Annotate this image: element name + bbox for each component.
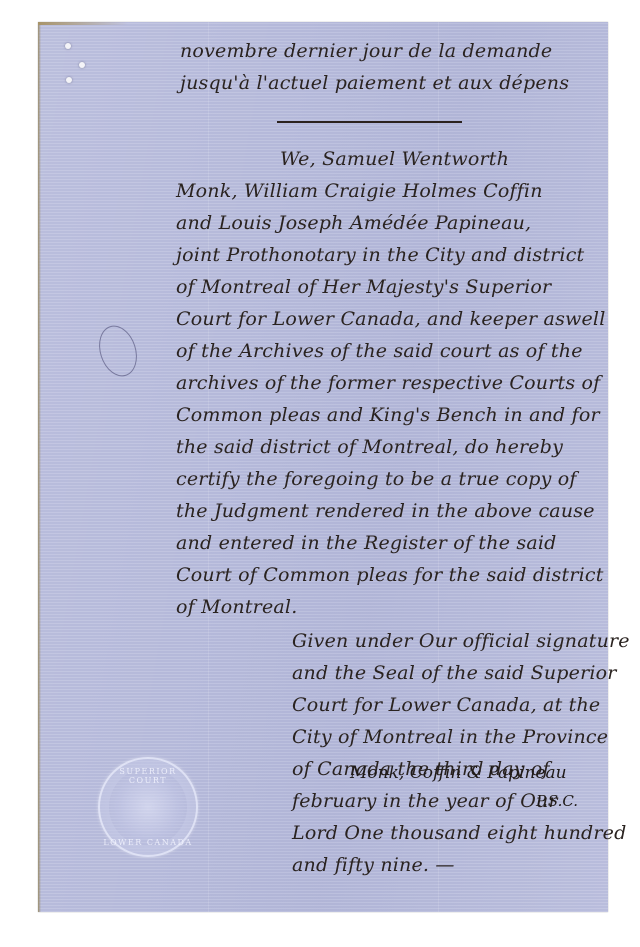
body-line: We, Samuel Wentworth — [280, 150, 509, 169]
header-line: jusqu'à l'actuel paiement et aux dépens — [180, 74, 569, 93]
pencil-mark — [93, 321, 143, 382]
body-line: Monk, William Craigie Holmes Coffin — [176, 182, 543, 201]
body-line: the Judgment rendered in the above cause — [176, 502, 595, 521]
body-line: of Montreal of Her Majesty's Superior — [176, 278, 551, 297]
body-line: archives of the former respective Courts… — [176, 374, 600, 393]
signature-names: Monk, Coffin & Papineau — [350, 763, 567, 783]
attestation-line: and fifty nine. — — [292, 856, 455, 875]
body-line: certify the foregoing to be a true copy … — [176, 470, 577, 489]
attestation-line: Given under Our official signature — [292, 632, 630, 651]
punch-hole — [65, 43, 71, 49]
paper-edge-top — [38, 22, 128, 25]
body-line: joint Prothonotary in the City and distr… — [176, 246, 584, 265]
punch-hole — [79, 62, 85, 68]
body-line: and Louis Joseph Amédée Papineau, — [176, 214, 531, 233]
body-line: and entered in the Register of the said — [176, 534, 557, 553]
embossed-seal: SUPERIOR COURT LOWER CANADA — [98, 757, 198, 857]
body-line: Court of Common pleas for the said distr… — [176, 566, 604, 585]
attestation-line: Lord One thousand eight hundred — [292, 824, 626, 843]
attestation-line: february in the year of Our — [292, 792, 558, 811]
signature-title: P.S.C. — [536, 792, 578, 810]
fold-line — [208, 22, 209, 912]
section-divider — [277, 121, 462, 123]
header-line: novembre dernier jour de la demande — [180, 42, 552, 61]
body-line: of Montreal. — [176, 598, 297, 617]
attestation-line: Court for Lower Canada, at the — [292, 696, 600, 715]
seal-bottom-text: LOWER CANADA — [100, 838, 196, 847]
attestation-line: City of Montreal in the Province — [292, 728, 608, 747]
body-line: of the Archives of the said court as of … — [176, 342, 583, 361]
body-line: Common pleas and King's Bench in and for — [176, 406, 600, 425]
body-line: the said district of Montreal, do hereby — [176, 438, 563, 457]
seal-top-text: SUPERIOR COURT — [100, 767, 196, 785]
paper-edge-left — [38, 22, 41, 912]
body-line: Court for Lower Canada, and keeper aswel… — [176, 310, 605, 329]
attestation-line: and the Seal of the said Superior — [292, 664, 617, 683]
punch-hole — [66, 77, 72, 83]
